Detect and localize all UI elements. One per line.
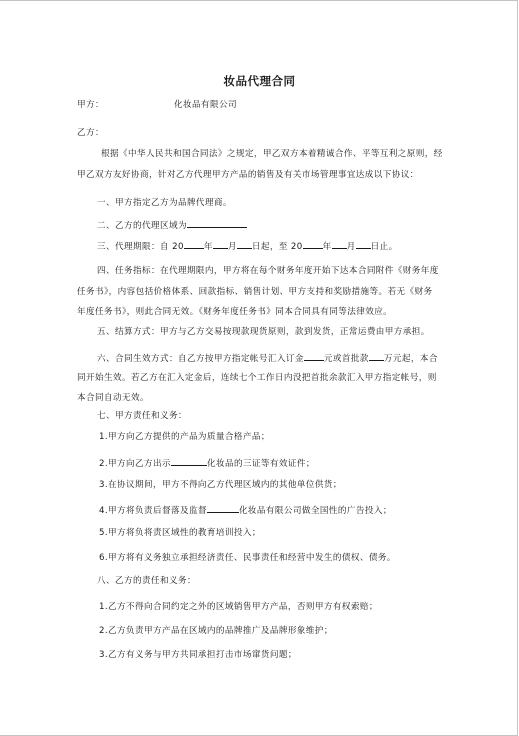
clause-7-item-2: 2.甲方向乙方出示化妆品的三证等有效证件； (99, 456, 315, 470)
clause-3-year1: 年 (204, 242, 213, 252)
preamble-line-1: 根据《中华人民共和国合同法》之规定，甲乙双方本着精诚合作、平等互利之原则，经 (101, 148, 443, 160)
clause-6-text-a: 六、合同生效方式：自乙方按甲方指定帐号汇入订金 (97, 354, 304, 364)
document-title: 妆品代理合同 (0, 73, 519, 89)
clause-7-item-4: 4.甲方将负责后督落及监督化妆品有限公司做全国性的广告投入； (99, 503, 392, 517)
brand-name-blank[interactable] (171, 456, 207, 466)
clause-6-line-2: 同开始生效。若乙方在汇入定金后，连续七个工作日内没把首批余款汇入甲方指定帐号，则 (77, 372, 437, 384)
clause-7-item-4-after: 化妆品有限公司做全国性的广告投入； (239, 506, 392, 516)
start-day-blank[interactable] (237, 239, 252, 249)
clause-7-heading: 七、甲方责任和义务： (97, 410, 187, 422)
clause-7-item-2-after: 化妆品的三证等有效证件； (207, 459, 315, 469)
clause-6-text-c: 万元起，本合 (384, 354, 438, 364)
clause-3-month2: 月 (347, 242, 356, 252)
end-month-blank[interactable] (332, 239, 347, 249)
clause-4-line-3: 年度任务书》，则此合同无效。《财务年度任务书》同本合同具有同等法律效应。 (77, 306, 392, 318)
preamble-line-2: 甲乙双方友好协商，针对乙方代理甲方产品的销售及有关市场管理事宜达成以下协议： (77, 169, 419, 181)
start-month-blank[interactable] (213, 239, 228, 249)
clause-6-line-1: 六、合同生效方式：自乙方按甲方指定帐号汇入订金元或首批款万元起，本合 (97, 351, 438, 365)
deposit-amount-blank[interactable] (304, 351, 324, 361)
company-name-blank[interactable] (207, 503, 239, 513)
clause-8-heading: 八、乙方的责任和义务： (97, 575, 196, 587)
clause-8-item-2: 2.乙方负责甲方产品在区域内的品牌推广及品牌形象维护； (99, 625, 333, 637)
clause-3-month1: 月 (228, 242, 237, 252)
clause-3: 三、代理期限：自 20年月日起，至 20年月日止。 (97, 239, 398, 253)
party-a-line: 甲方：化妆品有限公司 (77, 99, 237, 111)
clause-3-year2: 年 (323, 242, 332, 252)
clause-7-item-2-before: 2.甲方向乙方出示 (99, 459, 171, 469)
clause-3-day2: 日止。 (371, 242, 398, 252)
region-blank-field[interactable] (187, 218, 247, 228)
party-a-label: 甲方： (77, 100, 104, 110)
party-b-label: 乙方： (77, 127, 104, 139)
clause-7-item-3: 3.在协议期间，甲方不得向乙方代理区域内的其他单位供货； (99, 479, 342, 491)
clause-8-item-1: 1.乙方不得向合同约定之外的区域销售甲方产品，否则甲方有权索赔； (99, 601, 378, 613)
clause-3-prefix: 三、代理期限：自 20 (97, 242, 184, 252)
clause-8-item-3: 3.乙方有义务与甲方共同承担打击市场窜货问题； (99, 649, 297, 661)
clause-2: 二、乙方的代理区域为 (97, 218, 247, 232)
clause-2-text: 二、乙方的代理区域为 (97, 221, 187, 231)
clause-7-item-6: 6.甲方将有义务独立承担经济责任、民事责任和经营中发生的债权、债务。 (99, 552, 396, 564)
clause-7-item-4-before: 4.甲方将负责后督落及监督 (99, 506, 207, 516)
clause-4-line-2: 任务书》，内容包括价格体系、回款指标、销售计划、甲方支持和奖励措施等。若无《财务 (77, 286, 432, 298)
clause-3-day1: 日起，至 20 (252, 242, 303, 252)
party-a-value: 化妆品有限公司 (174, 100, 237, 110)
end-year-blank[interactable] (303, 239, 323, 249)
end-day-blank[interactable] (356, 239, 371, 249)
clause-5: 五、结算方式：甲方与乙方交易按现款现货原则，款到发货，正常运费由甲方承担。 (97, 326, 430, 338)
clause-4-line-1: 四、任务指标：在代理期限内，甲方将在每个财务年度开始下达本合同附件《财务年度 (97, 265, 439, 277)
clause-7-item-5: 5.甲方将负将责区域性的教育培训投入； (99, 527, 261, 539)
clause-6-line-3: 本合同自动无效。 (77, 392, 149, 404)
start-year-blank[interactable] (184, 239, 204, 249)
clause-6-text-b: 元或首批款 (324, 354, 369, 364)
document-page: 妆品代理合同 甲方：化妆品有限公司 乙方： 根据《中华人民共和国合同法》之规定，… (0, 0, 518, 736)
clause-1: 一、甲方指定乙方为品牌代理商。 (97, 197, 232, 209)
clause-7-item-1: 1.甲方向乙方提供的产品为质量合格产品； (99, 431, 270, 443)
first-payment-blank[interactable] (369, 351, 384, 361)
